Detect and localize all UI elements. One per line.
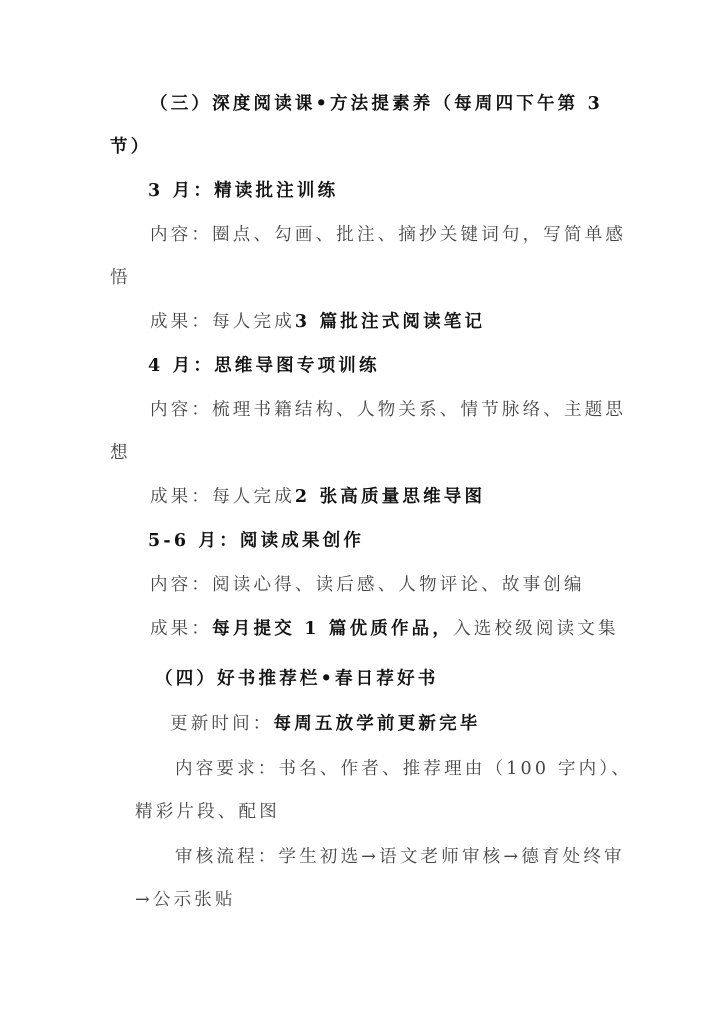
result-bold: 2 张高质量思维导图 <box>295 487 485 507</box>
march-result: 成果：每人完成3 篇批注式阅读笔记 <box>150 310 485 334</box>
update-time: 更新时间：每周五放学前更新完毕 <box>170 712 481 736</box>
march-content-line-2: 悟 <box>110 266 131 290</box>
content-label: 内容： <box>150 225 212 245</box>
may-june-result: 成果：每月提交 1 篇优质作品，入选校级阅读文集 <box>150 617 619 641</box>
april-result: 成果：每人完成2 张高质量思维导图 <box>150 485 485 509</box>
review-line-2: →公示张贴 <box>135 888 236 912</box>
result-label: 成果： <box>150 487 212 507</box>
month-heading-march: 3 月：精读批注训练 <box>148 179 338 203</box>
document-page: （三）深度阅读课•方法提素养（每周四下午第 3 节） 3 月：精读批注训练 内容… <box>0 0 724 1024</box>
result-bold: 3 篇批注式阅读笔记 <box>295 312 485 332</box>
requirement-line-1: 内容要求：书名、作者、推荐理由（100 字内）、 <box>175 757 632 781</box>
content-text: 阅读心得、读后感、人物评论、故事创编 <box>212 575 585 595</box>
result-label: 成果： <box>150 619 212 639</box>
month-heading-may-june: 5-6 月：阅读成果创作 <box>148 529 364 553</box>
result-bold: 每月提交 1 篇优质作品， <box>212 619 453 639</box>
content-label: 内容： <box>150 400 212 420</box>
content-text: 圈点、勾画、批注、摘抄关键词句，写简单感 <box>212 225 626 245</box>
update-value: 每周五放学前更新完毕 <box>274 714 481 734</box>
result-prefix: 每人完成 <box>212 312 295 332</box>
result-prefix: 每人完成 <box>212 487 295 507</box>
update-label: 更新时间： <box>170 714 274 734</box>
review-line-1: 审核流程：学生初选→语文老师审核→德育处终审 <box>175 845 625 869</box>
section-3-title-line-1: （三）深度阅读课•方法提素养（每周四下午第 3 <box>150 92 603 116</box>
result-label: 成果： <box>150 312 212 332</box>
may-june-content: 内容：阅读心得、读后感、人物评论、故事创编 <box>150 573 585 597</box>
march-content-line-1: 内容：圈点、勾画、批注、摘抄关键词句，写简单感 <box>150 223 626 247</box>
section-4-title: （四）好书推荐栏•春日荐好书 <box>155 667 438 691</box>
month-heading-april: 4 月：思维导图专项训练 <box>148 354 380 378</box>
result-suffix: 入选校级阅读文集 <box>453 619 619 639</box>
content-label: 内容： <box>150 575 212 595</box>
april-content-line-2: 想 <box>110 441 131 465</box>
section-3-title-line-2: 节） <box>110 135 151 159</box>
april-content-line-1: 内容：梳理书籍结构、人物关系、情节脉络、主题思 <box>150 398 626 422</box>
requirement-line-2: 精彩片段、配图 <box>135 800 280 824</box>
content-text: 梳理书籍结构、人物关系、情节脉络、主题思 <box>212 400 626 420</box>
